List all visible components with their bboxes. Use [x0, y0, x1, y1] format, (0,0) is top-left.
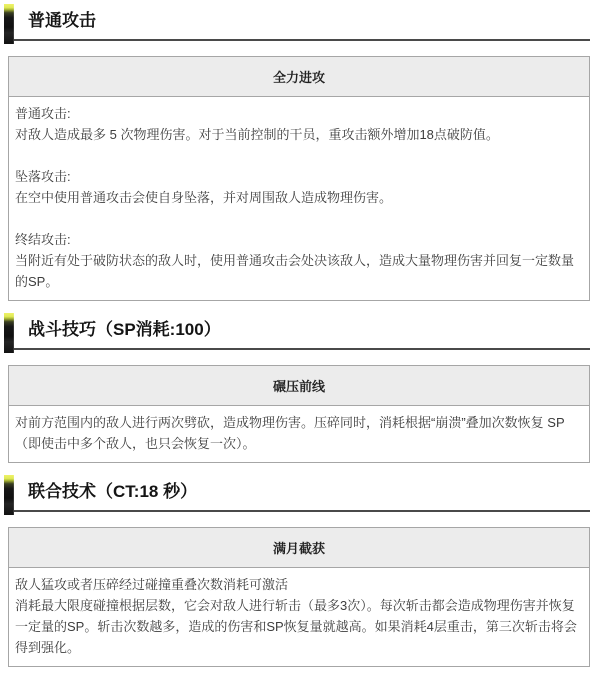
skill-entry: 普通攻击: 对敌人造成最多 5 次物理伤害。对于当前控制的干员，重攻击额外增加1… [15, 103, 581, 145]
section-title: 战斗技巧（SP消耗:100） [28, 320, 590, 340]
skill-table-normal-attack: 全力进攻 普通攻击: 对敌人造成最多 5 次物理伤害。对于当前控制的干员，重攻击… [8, 56, 590, 301]
skill-description: 对前方范围内的敌人进行两次劈砍，造成物理伤害。压碎同时，消耗根据“崩溃”叠加次数… [15, 412, 581, 454]
skill-table-battle-skill: 碾压前线 对前方范围内的敌人进行两次劈砍，造成物理伤害。压碎同时，消耗根据“崩溃… [8, 365, 590, 463]
section-title: 联合技术（CT:18 秒） [28, 482, 590, 502]
skill-description-cell: 对前方范围内的敌人进行两次劈砍，造成物理伤害。压碎同时，消耗根据“崩溃”叠加次数… [9, 406, 590, 463]
section-header-combo-skill: 联合技术（CT:18 秒） [8, 475, 590, 515]
section-bullet-icon [4, 4, 14, 44]
skill-subname: 普通攻击: [15, 103, 581, 124]
skill-name-header: 碾压前线 [9, 366, 590, 406]
skill-subname: 坠落攻击: [15, 166, 581, 187]
skill-description: 当附近有处于破防状态的敌人时，使用普通攻击会处决该敌人，造成大量物理伤害并回复一… [15, 250, 581, 292]
skill-activation-condition: 敌人猛攻或者压碎经过碰撞重叠次数消耗可激活 [15, 574, 581, 595]
section-header-battle-skill: 战斗技巧（SP消耗:100） [8, 313, 590, 353]
section-header-normal-attack: 普通攻击 [8, 4, 590, 44]
skill-name-header: 全力进攻 [9, 57, 590, 97]
skill-description: 消耗最大限度碰撞根据层数，它会对敌人进行斩击（最多3次）。每次斩击都会造成物理伤… [15, 595, 581, 658]
section-bullet-icon [4, 313, 14, 353]
wiki-page: 普通攻击 全力进攻 普通攻击: 对敌人造成最多 5 次物理伤害。对于当前控制的干… [0, 0, 594, 673]
section-title-wrap: 普通攻击 [14, 4, 590, 41]
skill-description: 对敌人造成最多 5 次物理伤害。对于当前控制的干员，重攻击额外增加18点破防值。 [15, 124, 581, 145]
skill-subname: 终结攻击: [15, 229, 581, 250]
skill-description-cell: 敌人猛攻或者压碎经过碰撞重叠次数消耗可激活 消耗最大限度碰撞根据层数，它会对敌人… [9, 568, 590, 667]
section-title: 普通攻击 [28, 11, 590, 31]
section-title-wrap: 联合技术（CT:18 秒） [14, 475, 590, 512]
section-title-wrap: 战斗技巧（SP消耗:100） [14, 313, 590, 350]
skill-table-combo-skill: 满月截获 敌人猛攻或者压碎经过碰撞重叠次数消耗可激活 消耗最大限度碰撞根据层数，… [8, 527, 590, 667]
skill-entry: 终结攻击: 当附近有处于破防状态的敌人时，使用普通攻击会处决该敌人，造成大量物理… [15, 229, 581, 292]
skill-description-cell: 普通攻击: 对敌人造成最多 5 次物理伤害。对于当前控制的干员，重攻击额外增加1… [9, 97, 590, 301]
section-bullet-icon [4, 475, 14, 515]
skill-entry: 坠落攻击: 在空中使用普通攻击会使自身坠落，并对周围敌人造成物理伤害。 [15, 166, 581, 208]
skill-name-header: 满月截获 [9, 528, 590, 568]
skill-description: 在空中使用普通攻击会使自身坠落，并对周围敌人造成物理伤害。 [15, 187, 581, 208]
